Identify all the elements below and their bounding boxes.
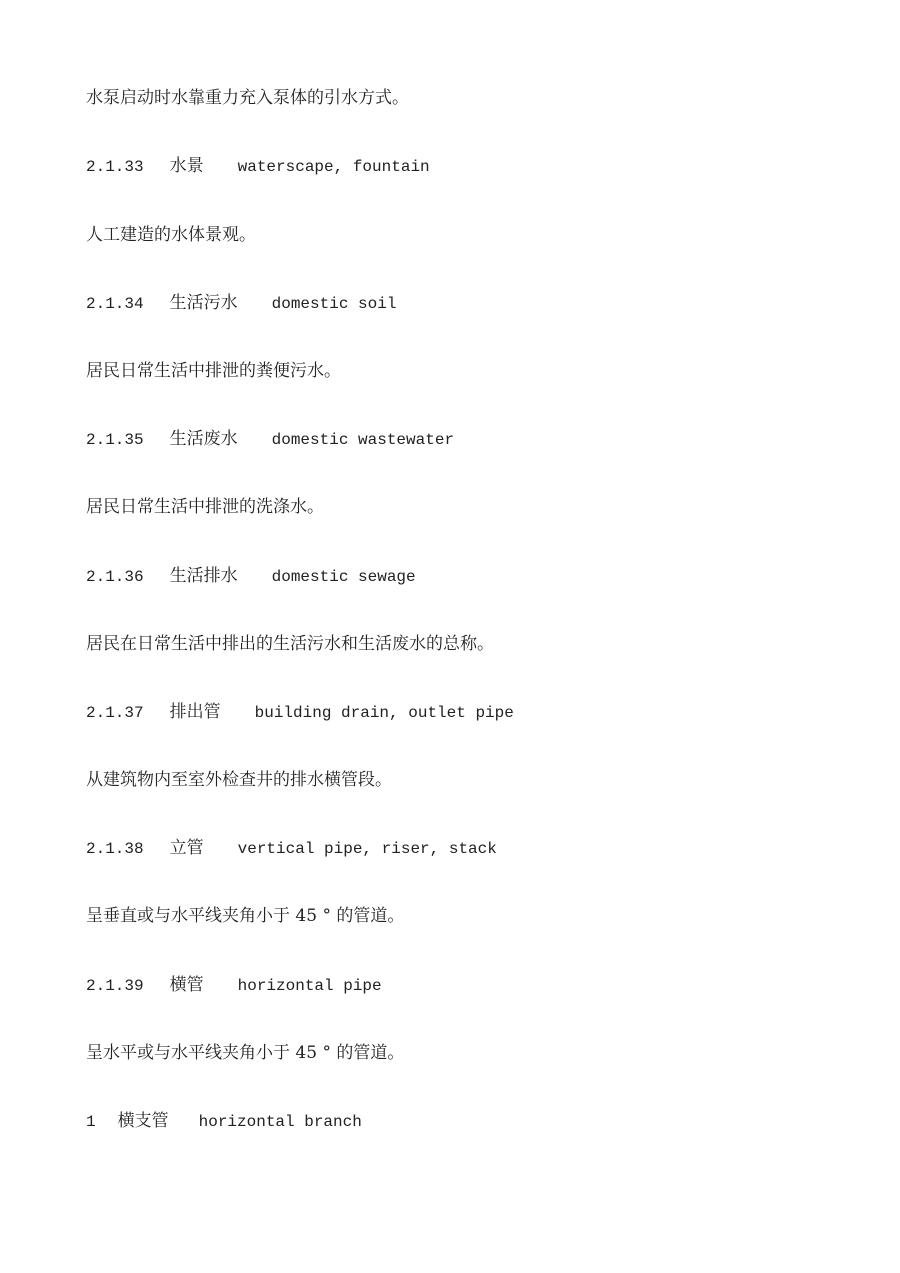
term-heading: 2.1.36生活排水domestic sewage (86, 566, 416, 587)
term-number: 1 (86, 1112, 96, 1132)
definition-paragraph: 人工建造的水体景观。 (86, 225, 256, 245)
term-heading: 2.1.35生活废水domestic wastewater (86, 429, 454, 450)
term-english: domestic sewage (272, 567, 416, 587)
term-heading: 2.1.39横管horizontal pipe (86, 975, 382, 996)
definition-paragraph: 水泵启动时水靠重力充入泵体的引水方式。 (86, 88, 409, 108)
term-heading: 2.1.33水景waterscape, fountain (86, 156, 430, 177)
term-number: 2.1.37 (86, 703, 144, 723)
term-chinese: 立管 (170, 838, 204, 858)
definition-paragraph: 居民日常生活中排泄的粪便污水。 (86, 361, 341, 381)
term-english: domestic wastewater (272, 430, 454, 450)
term-chinese: 横支管 (118, 1111, 169, 1131)
definition-paragraph: 从建筑物内至室外检查井的排水横管段。 (86, 770, 392, 790)
definition-paragraph: 呈垂直或与水平线夹角小于 45 ° 的管道。 (86, 906, 404, 926)
term-english: horizontal branch (199, 1112, 362, 1132)
term-chinese: 生活废水 (170, 429, 238, 449)
term-english: building drain, outlet pipe (255, 703, 514, 723)
term-heading: 1横支管horizontal branch (86, 1111, 362, 1132)
term-number: 2.1.33 (86, 157, 144, 177)
term-number: 2.1.35 (86, 430, 144, 450)
term-heading: 2.1.38立管vertical pipe, riser, stack (86, 838, 497, 859)
term-english: waterscape, fountain (238, 157, 430, 177)
term-english: vertical pipe, riser, stack (238, 839, 497, 859)
term-heading: 2.1.34生活污水domestic soil (86, 293, 396, 314)
term-english: horizontal pipe (238, 976, 382, 996)
term-number: 2.1.34 (86, 294, 144, 314)
term-heading: 2.1.37排出管building drain, outlet pipe (86, 702, 514, 723)
term-chinese: 水景 (170, 156, 204, 176)
term-chinese: 排出管 (170, 702, 221, 722)
term-number: 2.1.38 (86, 839, 144, 859)
term-chinese: 生活污水 (170, 293, 238, 313)
definition-paragraph: 居民日常生活中排泄的洗涤水。 (86, 497, 324, 517)
term-english: domestic soil (272, 294, 397, 314)
term-number: 2.1.36 (86, 567, 144, 587)
term-number: 2.1.39 (86, 976, 144, 996)
term-chinese: 横管 (170, 975, 204, 995)
definition-paragraph: 居民在日常生活中排出的生活污水和生活废水的总称。 (86, 634, 494, 654)
term-chinese: 生活排水 (170, 566, 238, 586)
definition-paragraph: 呈水平或与水平线夹角小于 45 ° 的管道。 (86, 1043, 404, 1063)
